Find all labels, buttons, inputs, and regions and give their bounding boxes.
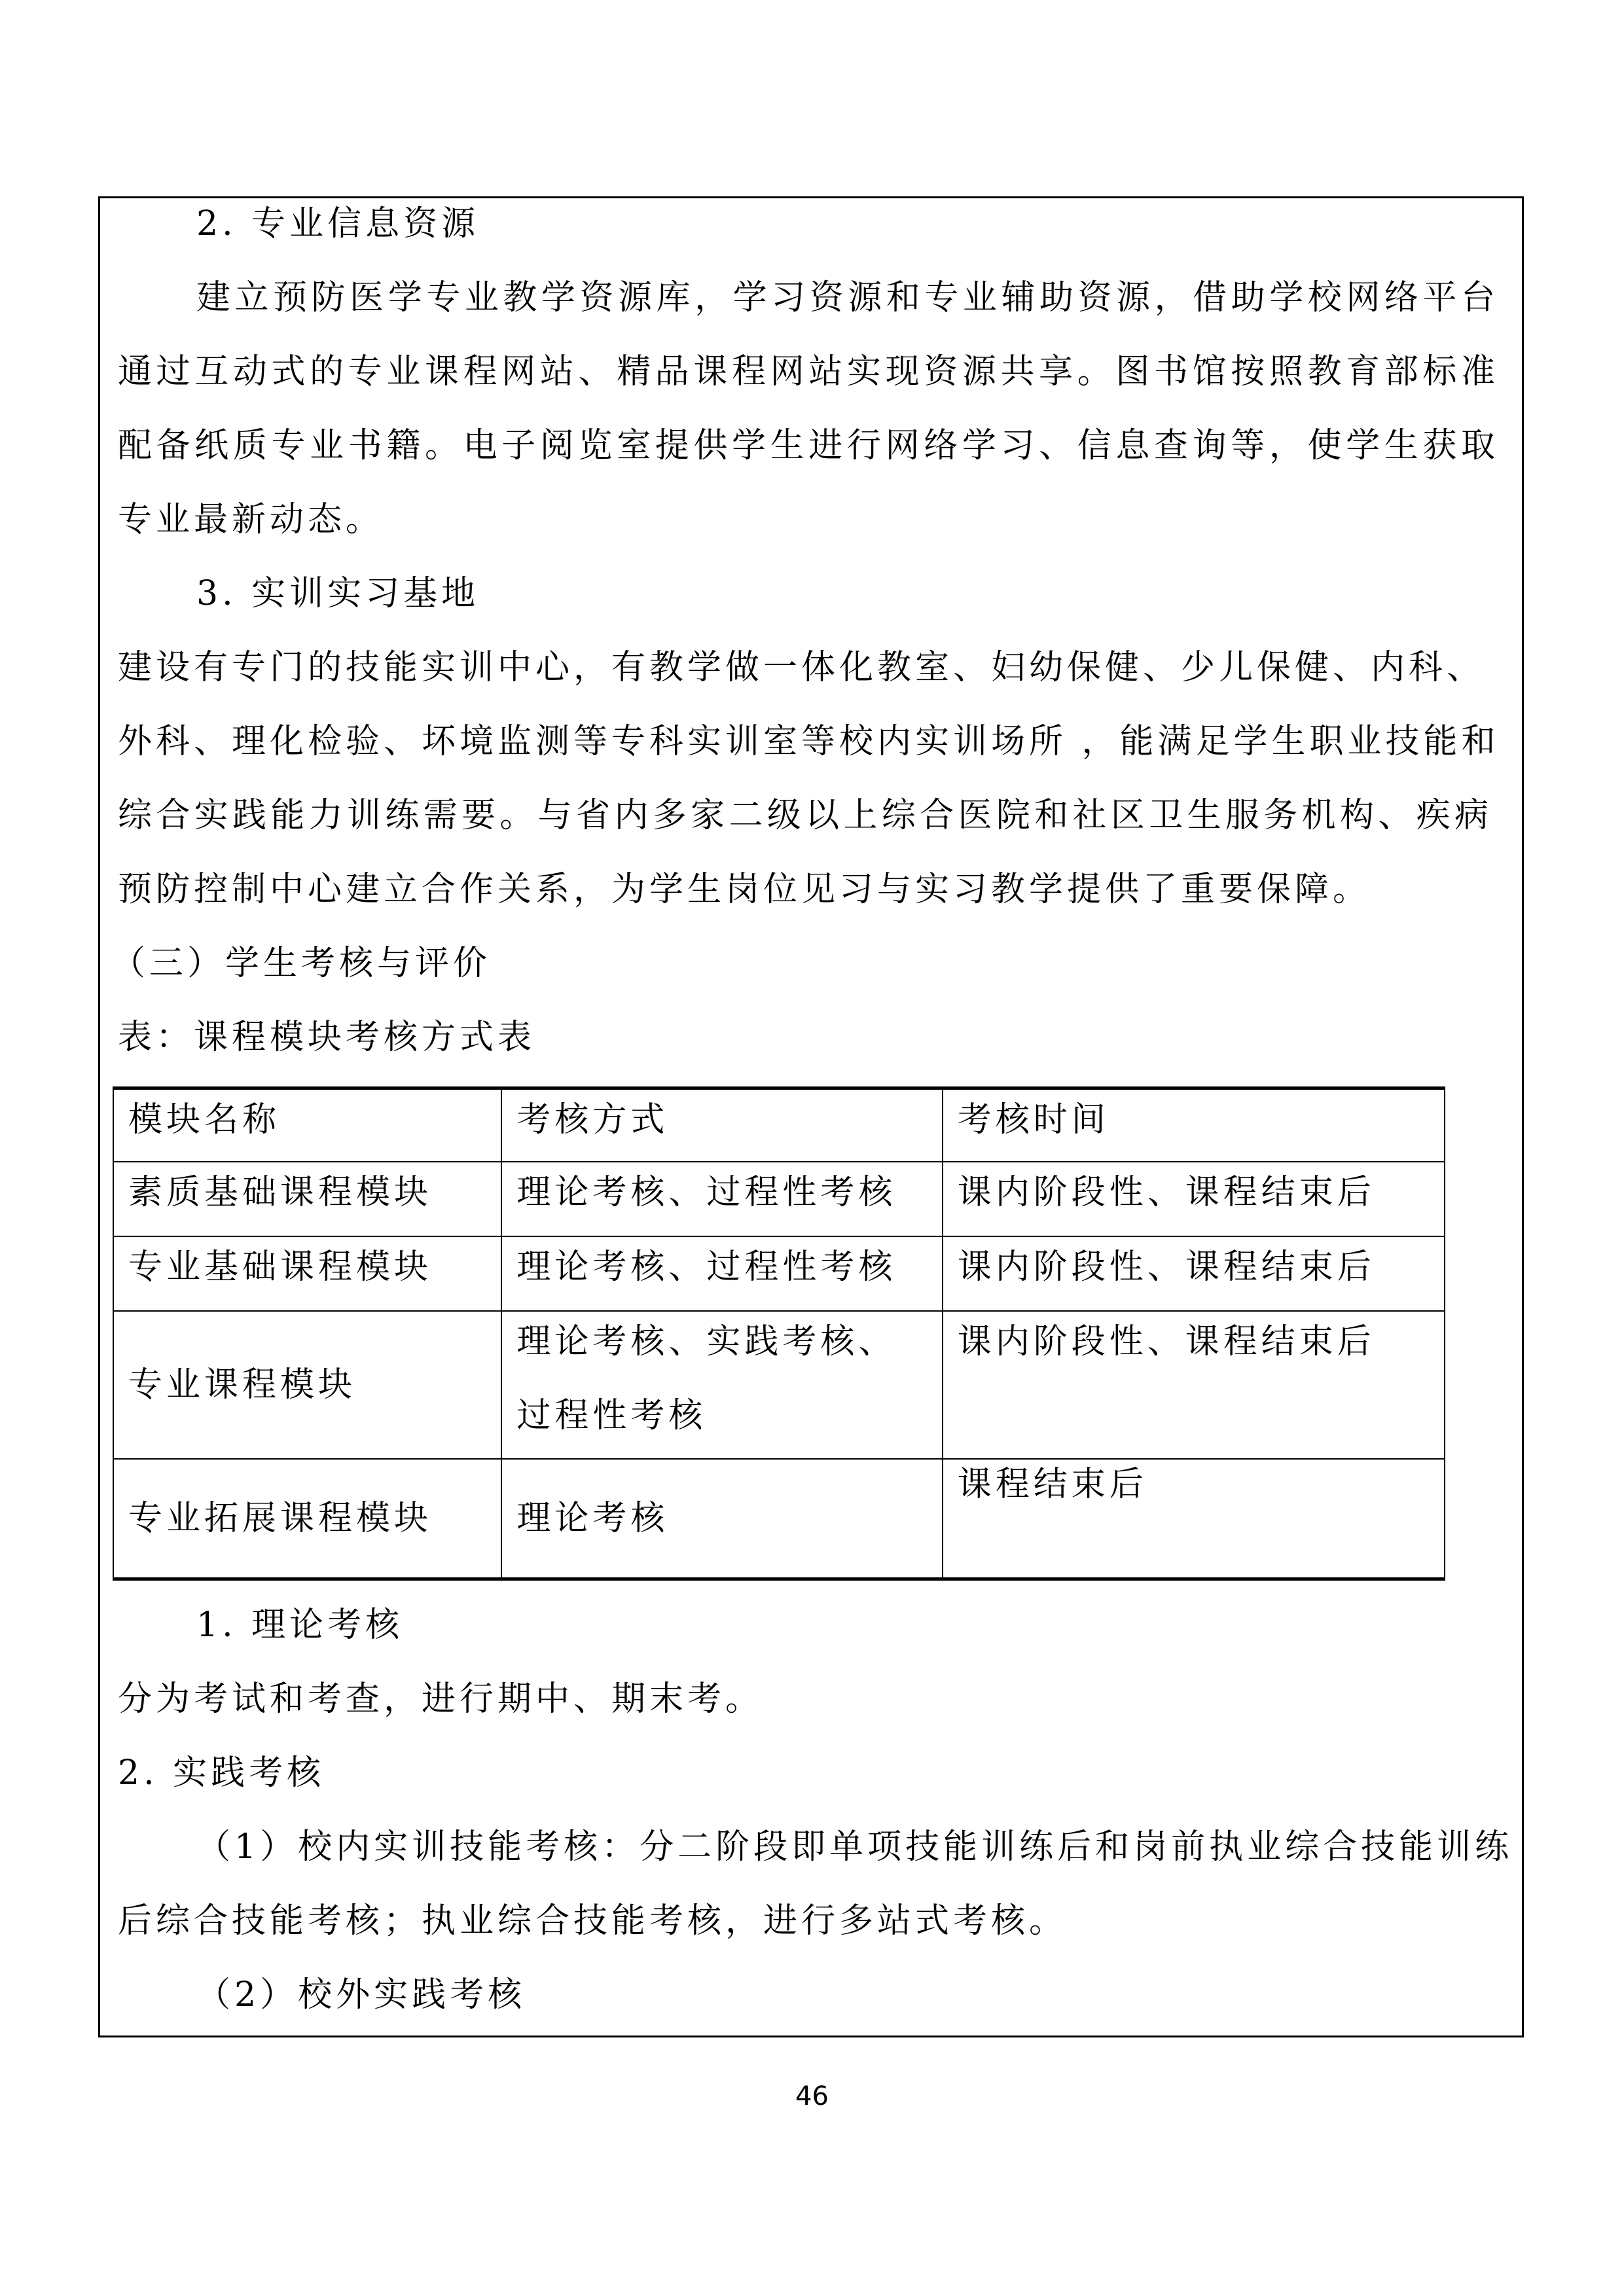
heading-professional-resources: 2. 专业信息资源 — [196, 204, 479, 243]
cell-module: 专业基础课程模块 — [113, 1236, 501, 1311]
header-module-name: 模块名称 — [113, 1088, 501, 1162]
cell-method: 理论考核、过程性考核 — [501, 1236, 942, 1311]
cell-method-line1: 理论考核、实践考核、 — [516, 1322, 927, 1396]
cell-module: 专业拓展课程模块 — [113, 1459, 501, 1579]
table-row: 素质基础课程模块 理论考核、过程性考核 课内阶段性、课程结束后 — [113, 1162, 1445, 1236]
paragraph-line: 建立预防医学专业教学资源库，学习资源和专业辅助资源，借助学校网络平台 — [196, 278, 1499, 317]
table-row: 专业课程模块 理论考核、实践考核、 过程性考核 课内阶段性、课程结束后 — [113, 1311, 1445, 1459]
table-row: 专业拓展课程模块 理论考核 课程结束后 — [113, 1459, 1445, 1579]
paragraph-line: 建设有专门的技能实训中心，有教学做一体化教室、妇幼保健、少儿保健、内科、 — [118, 648, 1460, 687]
heading-practice-assessment: 2. 实践考核 — [118, 1753, 325, 1793]
paragraph-line: 通过互动式的专业课程网站、精品课程网站实现资源共享。图书馆按照教育部标准 — [118, 352, 1499, 391]
header-assessment-time: 考核时间 — [943, 1088, 1445, 1162]
page-number: 46 — [0, 2081, 1624, 2111]
cell-time: 课内阶段性、课程结束后 — [943, 1162, 1445, 1236]
assessment-methods-table: 模块名称 考核方式 考核时间 素质基础课程模块 理论考核、过程性考核 课内阶段性… — [113, 1086, 1445, 1581]
cell-method: 理论考核 — [501, 1459, 942, 1579]
paragraph-line: 分为考试和考查，进行期中、期末考。 — [118, 1679, 763, 1719]
cell-time: 课内阶段性、课程结束后 — [943, 1236, 1445, 1311]
paragraph-line: 综合实践能力训练需要。与省内多家二级以上综合医院和社区卫生服务机构、疾病 — [118, 796, 1492, 835]
heading-theory-assessment: 1. 理论考核 — [196, 1605, 403, 1645]
paragraph-line: 预防控制中心建立合作关系，为学生岗位见习与实习教学提供了重要保障。 — [118, 870, 1371, 909]
heading-training-base: 3. 实训实习基地 — [196, 574, 479, 613]
paragraph-line: 外科、理化检验、坏境监测等专科实训室等校内实训场所 ，能满足学生职业技能和 — [118, 722, 1499, 761]
table-caption: 表：课程模块考核方式表 — [118, 1018, 535, 1057]
cell-module: 素质基础课程模块 — [113, 1162, 501, 1236]
table-header-row: 模块名称 考核方式 考核时间 — [113, 1088, 1445, 1162]
header-assessment-method: 考核方式 — [501, 1088, 942, 1162]
paragraph-line: 专业最新动态。 — [118, 500, 384, 539]
paragraph-line: （1）校内实训技能考核：分二阶段即单项技能训练后和岗前执业综合技能训练 — [196, 1827, 1499, 1867]
cell-method: 理论考核、实践考核、 过程性考核 — [501, 1311, 942, 1459]
paragraph-line: 配备纸质专业书籍。电子阅览室提供学生进行网络学习、信息查询等，使学生获取 — [118, 426, 1499, 465]
heading-student-assessment: （三）学生考核与评价 — [111, 944, 491, 983]
cell-method-line2: 过程性考核 — [516, 1396, 927, 1435]
cell-method: 理论考核、过程性考核 — [501, 1162, 942, 1236]
paragraph-line: 后综合技能考核；执业综合技能考核，进行多站式考核。 — [118, 1901, 1067, 1941]
table-row: 专业基础课程模块 理论考核、过程性考核 课内阶段性、课程结束后 — [113, 1236, 1445, 1311]
cell-time: 课程结束后 — [943, 1459, 1445, 1579]
cell-time: 课内阶段性、课程结束后 — [943, 1311, 1445, 1459]
subheading-external-practice: （2）校外实践考核 — [196, 1975, 526, 2015]
cell-module: 专业课程模块 — [113, 1311, 501, 1459]
